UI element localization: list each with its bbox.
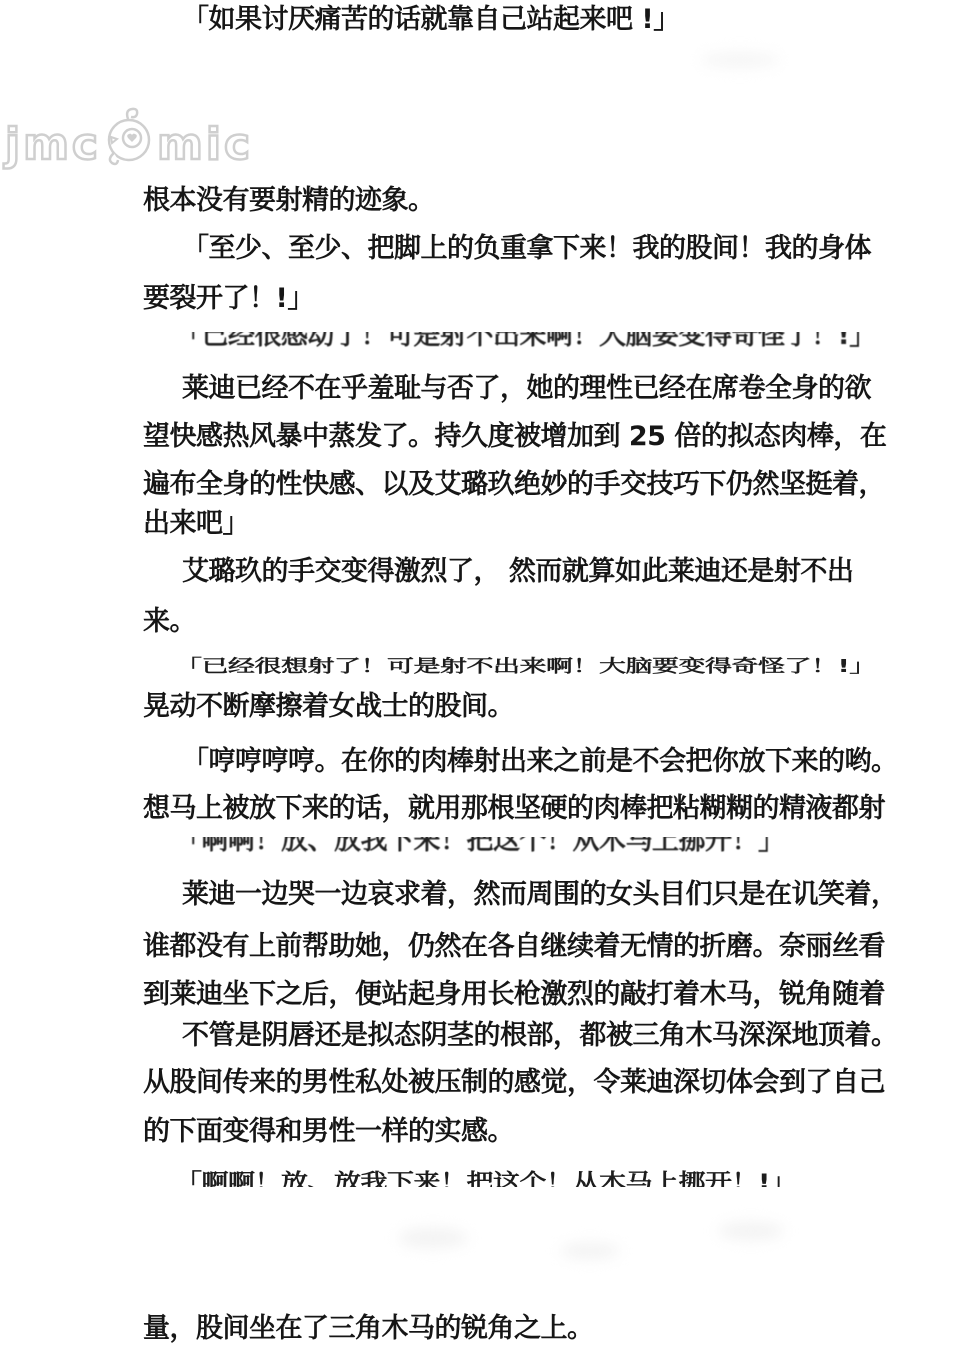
jpeg-artifact	[398, 1228, 468, 1248]
text-line: 的下面变得和男性一样的实感。	[143, 1116, 514, 1148]
text-line: 莱迪已经不在乎羞耻与否了，她的理性已经在席卷全身的欲	[182, 373, 871, 405]
text-line: 「哼哼哼哼。在你的肉棒射出来之前是不会把你放下来的哟。	[182, 746, 898, 778]
text-line: 根本没有要射精的迹象。	[143, 185, 435, 217]
text-line: 量，股间坐在了三角木马的锐角之上。	[143, 1313, 594, 1345]
text-line: 要裂开了！!」	[143, 283, 314, 315]
glitched-text: 「已经很想射了！可是射不出来啊！大脑要变得奇怪了！!」	[175, 656, 876, 677]
text-line: 来。	[143, 606, 196, 638]
text-line: 遍布全身的性快感、以及艾璐玖绝妙的手交技巧下仍然坚挺着，	[143, 469, 885, 501]
text-line-glitched: 「啊啊！放、放我下来！把这个！从木马上挪开！!」	[175, 1170, 796, 1187]
glitched-text: 「已经很感动了！可是射不出来啊！大脑要变得奇怪了！!」	[175, 332, 876, 352]
watermark-text-left: jmc	[5, 123, 101, 167]
text-line-glitched: 「啊啊！放、放我下来！把这个！从木马上挪开！」	[175, 837, 785, 859]
text-line-glitched: 「已经很感动了！可是射不出来啊！大脑要变得奇怪了！!」	[175, 332, 876, 354]
text-line: 艾璐玖的手交变得激烈了， 然而就算如此莱迪还是射不出	[182, 556, 853, 588]
text-line: 「至少、至少、把脚上的负重拿下来！我的股间！我的身体	[182, 233, 871, 265]
jmcomic-bird-icon	[102, 107, 156, 169]
text-line: 不管是阴唇还是拟态阴茎的根部，都被三角木马深深地顶着。	[182, 1020, 898, 1052]
glitched-text: 「啊啊！放、放我下来！把这个！从木马上挪开！」	[175, 837, 785, 857]
text-line: 莱迪一边哭一边哀求着，然而周围的女头目们只是在讥笑着，	[182, 879, 898, 911]
text-line: 「如果讨厌痛苦的话就靠自己站起来吧 !」	[182, 4, 680, 36]
jpeg-artifact	[560, 1243, 620, 1259]
novel-text-page: 「如果讨厌痛苦的话就靠自己站起来吧 !」 jmc mic 根本没有要射精的迹象。…	[0, 0, 960, 1358]
jpeg-artifact	[718, 1222, 784, 1240]
jmcomic-watermark: jmc mic	[5, 121, 253, 169]
text-line: 从股间传来的男性私处被压制的感觉，令莱迪深切体会到了自己	[143, 1067, 885, 1099]
text-line: 晃动不断摩擦着女战士的股间。	[143, 691, 514, 723]
text-line: 想马上被放下来的话，就用那根坚硬的肉棒把粘糊糊的精液都射	[143, 793, 885, 825]
glitched-text: 「啊啊！放、放我下来！把这个！从木马上挪开！!」	[175, 1170, 796, 1187]
text-line: 到莱迪坐下之后，便站起身用长枪激烈的敲打着木马，锐角随着	[143, 979, 885, 1011]
watermark-text-right: mic	[157, 123, 253, 167]
text-line: 望快感热风暴中蒸发了。持久度被增加到 25 倍的拟态肉棒，在	[143, 421, 886, 453]
text-line: 谁都没有上前帮助她，仍然在各自继续着无情的折磨。奈丽丝看	[143, 931, 885, 963]
jpeg-artifact	[700, 52, 780, 68]
text-line-glitched: 「已经很想射了！可是射不出来啊！大脑要变得奇怪了！!」	[175, 656, 876, 679]
text-line: 出来吧」	[143, 508, 249, 540]
